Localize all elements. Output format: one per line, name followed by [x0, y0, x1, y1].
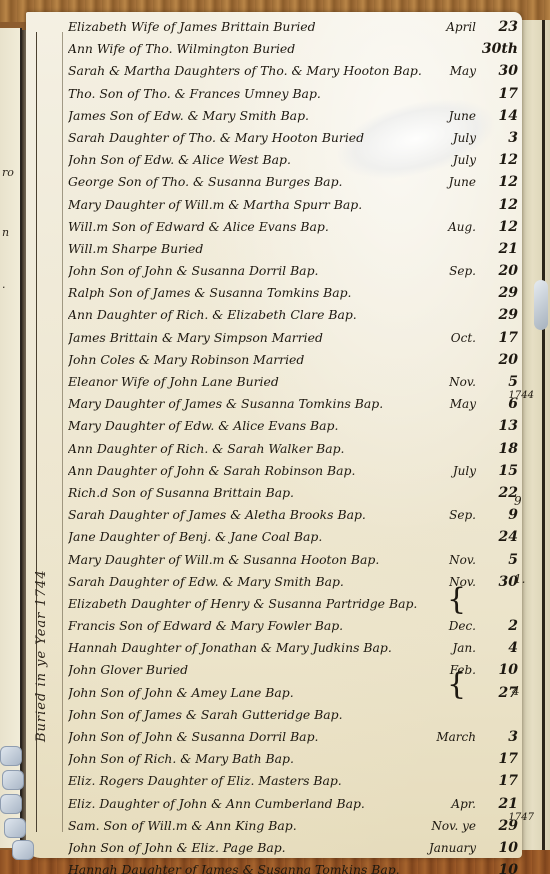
- entry-text: Francis Son of Edward & Mary Fowler Bap.: [68, 615, 343, 637]
- register-entry: John Son of John & Susanna Dorril Bap.Se…: [68, 260, 520, 282]
- ring-icon: [0, 794, 22, 814]
- register-entry: Ann Daughter of Rich. & Elizabeth Clare …: [68, 304, 520, 326]
- register-entry: Eliz. Daughter of John & Ann Cumberland …: [68, 793, 520, 815]
- entry-text: Sarah & Martha Daughters of Tho. & Mary …: [68, 60, 422, 82]
- entry-year: 1747: [509, 807, 534, 829]
- entry-day: 3: [478, 726, 518, 748]
- register-entry: Mary Daughter of Will.m & Susanna Hooton…: [68, 549, 520, 571]
- register-entry: Sarah Daughter of James & Aletha Brooks …: [68, 504, 520, 526]
- register-entry: George Son of Tho. & Susanna Burges Bap.…: [68, 171, 520, 193]
- entry-text: Mary Daughter of Will.m & Martha Spurr B…: [68, 194, 362, 216]
- register-entry: Eleanor Wife of John Lane BuriedNov.5: [68, 371, 520, 393]
- entry-day: 15: [478, 460, 518, 482]
- entry-text: John Son of James & Sarah Gutteridge Bap…: [68, 704, 343, 726]
- entry-month: July: [453, 127, 476, 149]
- binding-knob-icon: [534, 280, 548, 330]
- entry-day: 5: [478, 549, 518, 571]
- entry-day: 30th: [478, 38, 518, 60]
- entry-month: March: [436, 726, 476, 748]
- entry-text: John Son of John & Susanna Dorril Bap.: [68, 260, 318, 282]
- right-margin-mark: 1.: [514, 572, 525, 586]
- register-entry: John Son of John & Susanna Dorril Bap.Ma…: [68, 726, 520, 748]
- register-entry: Will.m Son of Edward & Alice Evans Bap.A…: [68, 216, 520, 238]
- margin-rule-inner: [62, 32, 63, 832]
- register-entry: Mary Daughter of James & Susanna Tomkins…: [68, 393, 520, 415]
- register-entry: Sarah & Martha Daughters of Tho. & Mary …: [68, 60, 520, 82]
- register-entry: James Son of Edw. & Mary Smith Bap.June1…: [68, 105, 520, 127]
- register-entry: Ann Daughter of Rich. & Sarah Walker Bap…: [68, 438, 520, 460]
- entry-text: John Glover Buried: [68, 659, 188, 681]
- register-entry: Ann Wife of Tho. Wilmington Buried30th: [68, 38, 520, 60]
- entry-text: Ann Daughter of Rich. & Elizabeth Clare …: [68, 304, 357, 326]
- entry-text: Hannah Daughter of Jonathan & Mary Judki…: [68, 637, 392, 659]
- entry-day: 12: [478, 171, 518, 193]
- ring-icon: [0, 746, 22, 766]
- register-entry: Rich.d Son of Susanna Brittain Bap.22: [68, 482, 520, 504]
- right-page-edge: [520, 20, 550, 850]
- entry-day: 23: [478, 16, 518, 38]
- entry-text: Sam. Son of Will.m & Ann King Bap.: [68, 815, 297, 837]
- entry-month: Nov.: [449, 549, 476, 571]
- entry-month: Aug.: [448, 216, 476, 238]
- register-entry: John Coles & Mary Robinson Married20: [68, 349, 520, 371]
- entry-month: Nov.: [449, 371, 476, 393]
- entry-text: John Son of Edw. & Alice West Bap.: [68, 149, 291, 171]
- entry-text: George Son of Tho. & Susanna Burges Bap.: [68, 171, 342, 193]
- entry-text: John Son of John & Susanna Dorril Bap.: [68, 726, 318, 748]
- previous-page-fragment: n: [2, 226, 9, 239]
- entry-text: Elizabeth Wife of James Brittain Buried: [68, 16, 316, 38]
- register-entry: Eliz. Rogers Daughter of Eliz. Masters B…: [68, 770, 520, 792]
- ring-binder-cord: [0, 740, 40, 874]
- entry-day: 24: [478, 526, 518, 548]
- entry-month: June: [449, 105, 476, 127]
- register-entry: John Son of John & Eliz. Page Bap.Januar…: [68, 837, 520, 859]
- entry-text: Eliz. Daughter of John & Ann Cumberland …: [68, 793, 365, 815]
- entry-day: 4: [478, 637, 518, 659]
- entry-day: 13: [478, 415, 518, 437]
- register-entry: Hannah Daughter of Jonathan & Mary Judki…: [68, 637, 520, 659]
- register-entry: Ralph Son of James & Susanna Tomkins Bap…: [68, 282, 520, 304]
- entry-text: Will.m Son of Edward & Alice Evans Bap.: [68, 216, 329, 238]
- ring-icon: [2, 770, 24, 790]
- entry-day: 17: [478, 83, 518, 105]
- entry-text: John Son of John & Amey Lane Bap.: [68, 682, 294, 704]
- entry-text: Sarah Daughter of Edw. & Mary Smith Bap.: [68, 571, 344, 593]
- entry-day: 12: [478, 216, 518, 238]
- entry-day: 29: [478, 282, 518, 304]
- register-entry: James Brittain & Mary Simpson MarriedOct…: [68, 327, 520, 349]
- entry-text: Sarah Daughter of Tho. & Mary Hooton Bur…: [68, 127, 364, 149]
- register-entry: Hannah Daughter of James & Susanna Tomki…: [68, 859, 520, 874]
- entry-month: January: [429, 837, 476, 859]
- right-margin-mark: 9: [514, 494, 522, 508]
- entry-day: 17: [478, 770, 518, 792]
- register-entry: Jane Daughter of Benj. & Jane Coal Bap.2…: [68, 526, 520, 548]
- entry-text: James Son of Edw. & Mary Smith Bap.: [68, 105, 309, 127]
- entry-day: 10: [478, 837, 518, 859]
- entry-text: Hannah Daughter of James & Susanna Tomki…: [68, 859, 400, 874]
- entry-text: John Son of Rich. & Mary Bath Bap.: [68, 748, 294, 770]
- entry-text: Sarah Daughter of James & Aletha Brooks …: [68, 504, 366, 526]
- entry-day: 14: [478, 105, 518, 127]
- entry-text: Eleanor Wife of John Lane Buried: [68, 371, 279, 393]
- margin-note: Buried in ye Year 1744: [34, 569, 49, 742]
- brace-icon: {: [447, 667, 466, 702]
- entry-day: 20: [478, 349, 518, 371]
- entry-day: 22: [478, 482, 518, 504]
- entry-month: July: [453, 149, 476, 171]
- binding-line: [542, 20, 545, 850]
- entry-month: Sep.: [449, 504, 476, 526]
- register-entry: Francis Son of Edward & Mary Fowler Bap.…: [68, 615, 520, 637]
- register-entry: Tho. Son of Tho. & Frances Umney Bap.17: [68, 83, 520, 105]
- register-entry: John Son of Rich. & Mary Bath Bap.17: [68, 748, 520, 770]
- register-entry: Ann Daughter of John & Sarah Robinson Ba…: [68, 460, 520, 482]
- entry-text: Mary Daughter of Edw. & Alice Evans Bap.: [68, 415, 338, 437]
- entry-text: Mary Daughter of Will.m & Susanna Hooton…: [68, 549, 379, 571]
- entry-day: 17: [478, 748, 518, 770]
- entry-month: June: [449, 171, 476, 193]
- entry-day: 2: [478, 615, 518, 637]
- entry-day: 20: [478, 260, 518, 282]
- ring-icon: [4, 818, 26, 838]
- entry-text: Rich.d Son of Susanna Brittain Bap.: [68, 482, 294, 504]
- entry-day: 10: [478, 859, 518, 874]
- register-entry: Sarah Daughter of Tho. & Mary Hooton Bur…: [68, 127, 520, 149]
- entry-month: Sep.: [449, 260, 476, 282]
- entry-day: 18: [478, 438, 518, 460]
- entry-text: Elizabeth Daughter of Henry & Susanna Pa…: [68, 593, 417, 615]
- entry-month: Apr.: [451, 793, 476, 815]
- register-entries: Elizabeth Wife of James Brittain BuriedA…: [68, 16, 520, 874]
- entry-day: 10: [478, 659, 518, 681]
- register-page: Buried in ye Year 1744 Elizabeth Wife of…: [26, 12, 522, 858]
- entry-day: 29: [478, 304, 518, 326]
- entry-month: May: [450, 60, 476, 82]
- entry-day: 17: [478, 327, 518, 349]
- entry-month: Oct.: [451, 327, 476, 349]
- entry-text: Mary Daughter of James & Susanna Tomkins…: [68, 393, 383, 415]
- right-margin-mark: 4: [512, 684, 520, 698]
- entry-text: Will.m Sharpe Buried: [68, 238, 203, 260]
- entry-text: John Coles & Mary Robinson Married: [68, 349, 304, 371]
- brace-icon: {: [447, 582, 466, 617]
- entry-text: John Son of John & Eliz. Page Bap.: [68, 837, 286, 859]
- entry-day: 12: [478, 149, 518, 171]
- entry-month: July: [453, 460, 476, 482]
- entry-day: 30: [478, 60, 518, 82]
- entry-text: Ralph Son of James & Susanna Tomkins Bap…: [68, 282, 352, 304]
- entry-year: 1744: [509, 385, 534, 407]
- register-entry: Will.m Sharpe Buried21: [68, 238, 520, 260]
- previous-page-edge: ro n .: [0, 28, 22, 848]
- register-entry: John Son of Edw. & Alice West Bap.July12: [68, 149, 520, 171]
- entry-text: Jane Daughter of Benj. & Jane Coal Bap.: [68, 526, 322, 548]
- entry-text: Ann Daughter of John & Sarah Robinson Ba…: [68, 460, 355, 482]
- entry-day: 21: [478, 238, 518, 260]
- entry-day: 30: [478, 571, 518, 593]
- ring-icon: [12, 840, 34, 860]
- entry-month: Dec.: [449, 615, 476, 637]
- entry-text: Ann Wife of Tho. Wilmington Buried: [68, 38, 295, 60]
- register-entry: John Son of James & Sarah Gutteridge Bap…: [68, 704, 520, 726]
- entry-month: May: [450, 393, 476, 415]
- register-entry: Mary Daughter of Will.m & Martha Spurr B…: [68, 194, 520, 216]
- entry-month: Jan.: [452, 637, 476, 659]
- entry-day: 9: [478, 504, 518, 526]
- register-entry: Elizabeth Wife of James Brittain BuriedA…: [68, 16, 520, 38]
- register-entry: Mary Daughter of Edw. & Alice Evans Bap.…: [68, 415, 520, 437]
- register-entry: Sam. Son of Will.m & Ann King Bap.Nov. y…: [68, 815, 520, 837]
- entry-month: Nov. ye: [431, 815, 476, 837]
- entry-text: Eliz. Rogers Daughter of Eliz. Masters B…: [68, 770, 342, 792]
- previous-page-fragment: .: [2, 278, 6, 291]
- previous-page-fragment: ro: [2, 166, 14, 179]
- entry-month: April: [446, 16, 476, 38]
- entry-text: James Brittain & Mary Simpson Married: [68, 327, 323, 349]
- entry-text: Tho. Son of Tho. & Frances Umney Bap.: [68, 83, 321, 105]
- entry-day: 3: [478, 127, 518, 149]
- entry-day: 12: [478, 194, 518, 216]
- entry-text: Ann Daughter of Rich. & Sarah Walker Bap…: [68, 438, 344, 460]
